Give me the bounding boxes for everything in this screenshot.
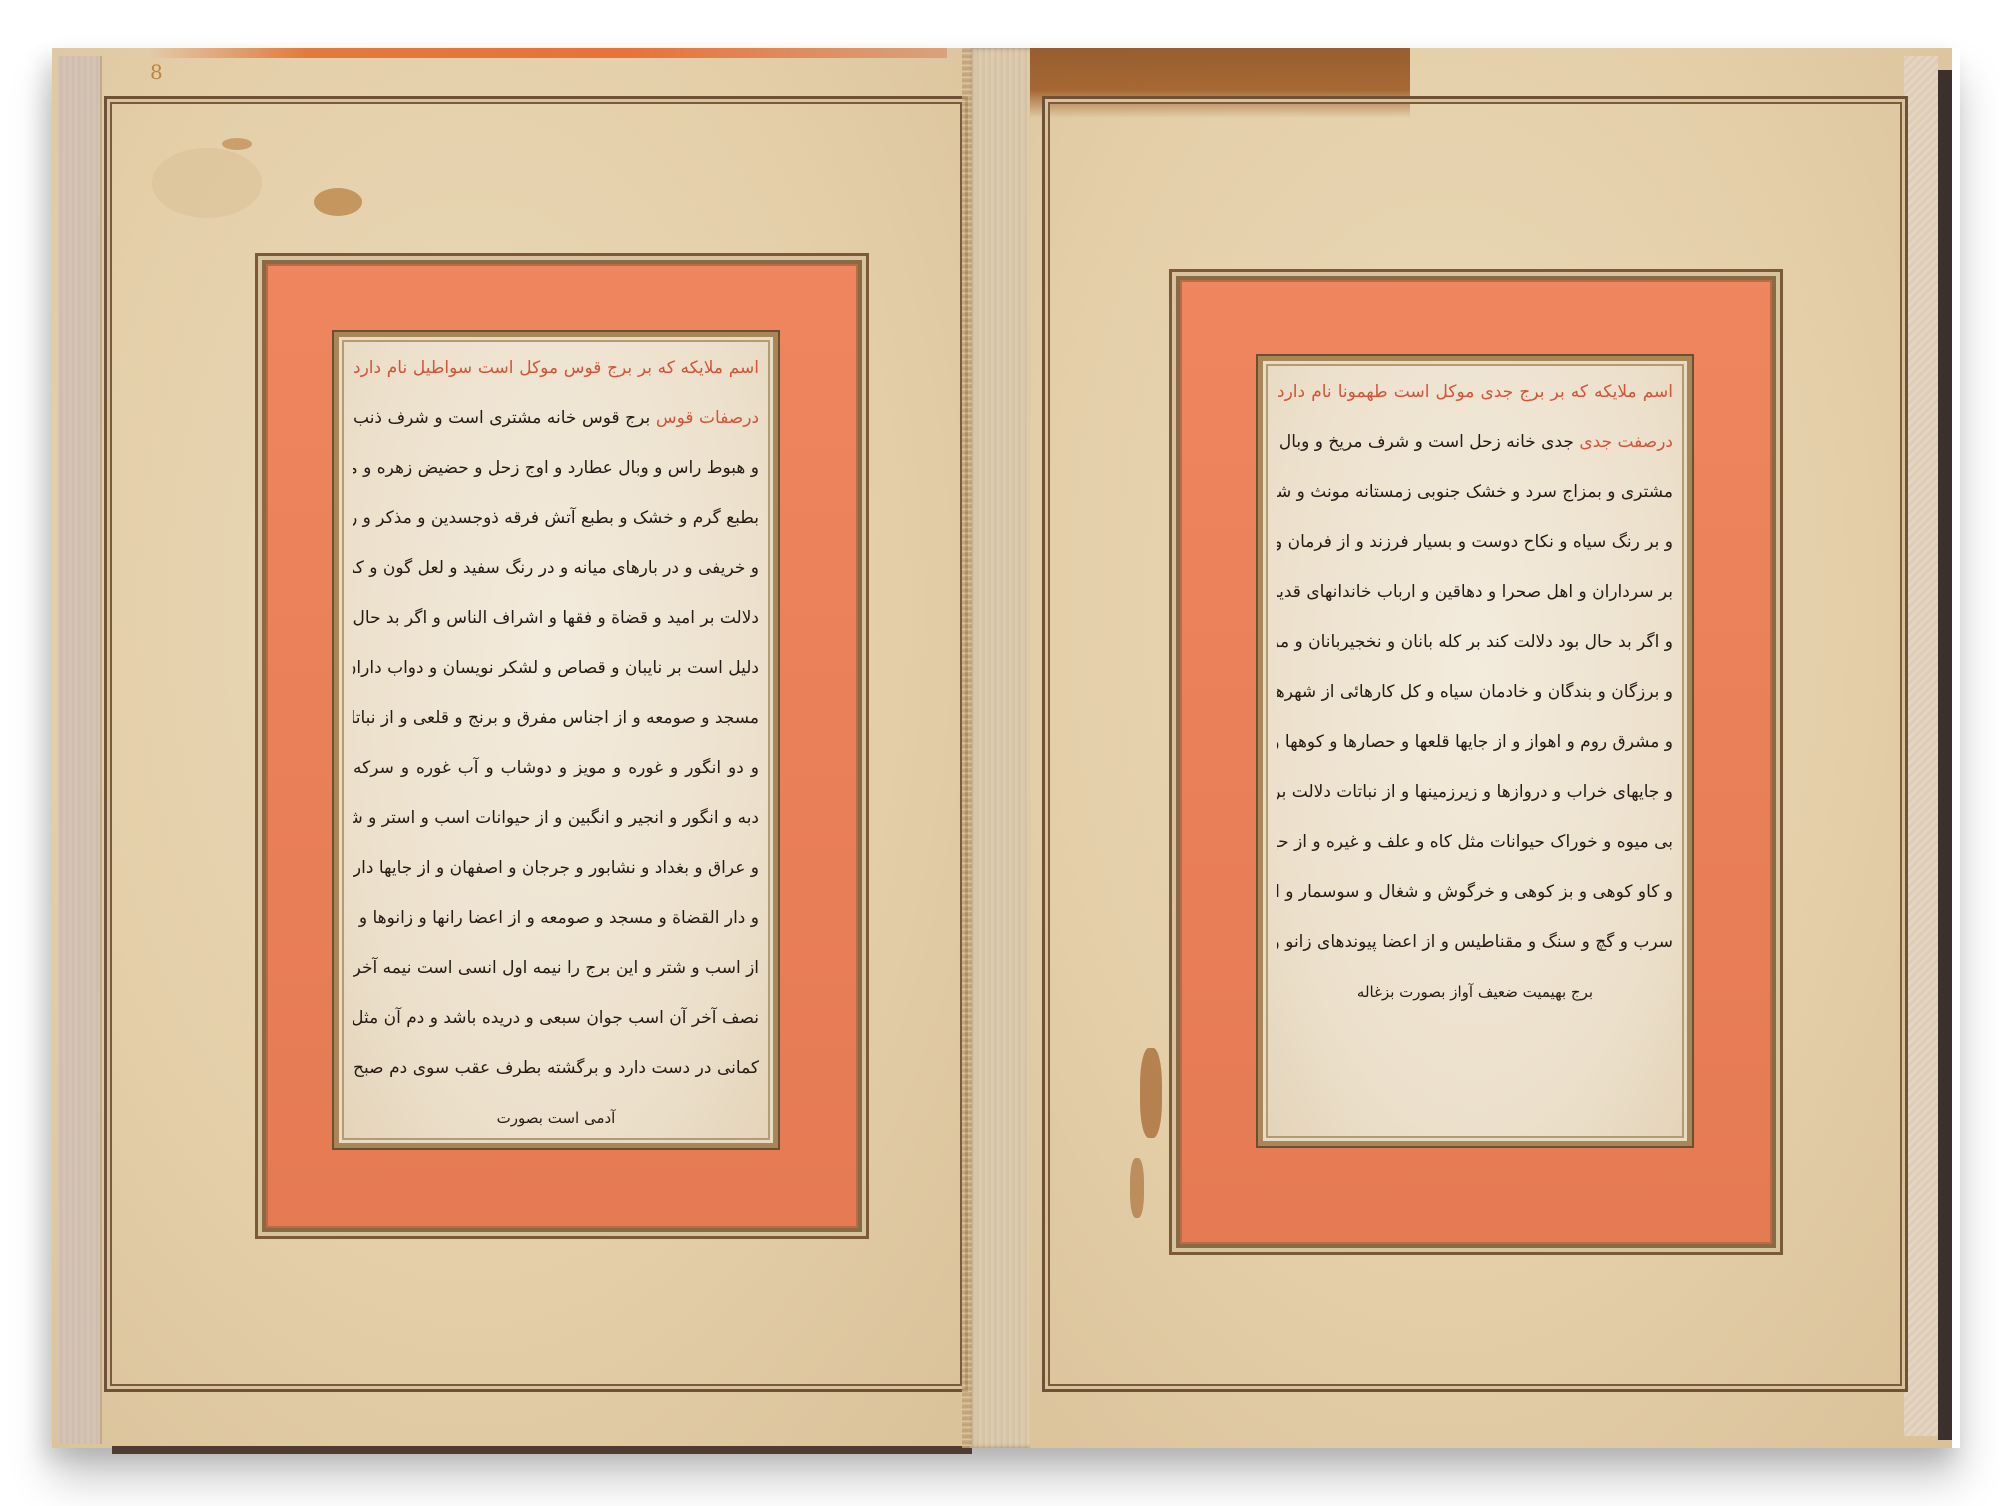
text-line: بطبع گرم و خشک و بطبع آتش فرقه ذوجسدین و… [353,505,759,531]
heading-red: اسم ملایکه که بر برج قوس موکل است سواطیل… [353,355,759,381]
text-line: و برزگان و بندگان و خادمان سیاه و کل کار… [1277,679,1673,705]
text-line: و کاو کوهی و بز کوهی و خرگوش و شغال و سو… [1277,879,1673,905]
text-line: و خریفی و در بارهای میانه و در رنگ سفید … [353,555,759,581]
text-line: و بر رنگ سیاه و نکاح دوست و بسیار فرزند … [1277,529,1673,555]
closing-line: برج بهیمیت ضعیف آواز بصورت بزغاله [1277,979,1673,1005]
ink-stain [222,138,252,150]
text-line: دلیل است بر نایبان و قصاص و لشکر نویسان … [353,655,759,681]
text-line: بی میوه و خوراک حیوانات مثل کاه و علف و … [1277,829,1673,855]
text-line: و هبوط راس و وبال عطارد و اوج زحل و حضیض… [353,455,759,481]
bottom-edge-cover [112,1446,972,1454]
water-stain [152,148,262,218]
left-page: 8 اسم ملایکه که بر برج قوس موکل است سواط… [52,48,982,1448]
text-line: و دو انگور و غوره و مویز و دوشاب و آب غو… [353,755,759,781]
text-line: درصفات قوس برج قوس خانه مشتری است و شرف … [353,405,759,431]
subheading-red: درصفت جدی [1579,432,1673,452]
text-line: از اسب و شتر و این برج را نیمه اول انسی … [353,955,759,981]
text-line: و جایهای خراب و دروازها و زیرزمینها و از… [1277,779,1673,805]
right-cloth-binding [1904,56,1938,1436]
text-line: مسجد و صومعه و از اجناس مفرق و برنج و قل… [353,705,759,731]
text-line: سرب و گچ و سنگ و مقناطیس و از اعضا پیوند… [1277,929,1673,955]
text-line: بر سرداران و اهل صحرا و دهاقین و ارباب خ… [1277,579,1673,605]
left-orange-mat: اسم ملایکه که بر برج قوس موکل است سواطیل… [262,260,862,1232]
top-edge-orange [147,48,947,58]
right-text-panel: اسم ملایکه که بر برج جدی موکل است طهمونا… [1258,356,1692,1146]
text-line: و اگر بد حال بود دلالت کند بر کله بانان … [1277,629,1673,655]
left-text-panel: اسم ملایکه که بر برج قوس موکل است سواطیل… [334,332,778,1148]
subheading-red: درصفات قوس [656,408,759,428]
text-line: و عراق و بغداد و نشابور و جرجان و اصفهان… [353,855,759,881]
left-cloth-binding [58,56,102,1444]
right-orange-mat: اسم ملایکه که بر برج جدی موکل است طهمونا… [1176,276,1776,1248]
closing-line: آدمی است بصورت [353,1105,759,1131]
text-line: و دار القضاة و مسجد و صومعه و از اعضا را… [353,905,759,931]
text-line: نصف آخر آن اسب جوان سبعی و دریده باشد و … [353,1005,759,1031]
heading-red: اسم ملایکه که بر برج جدی موکل است طهمونا… [1277,379,1673,405]
text-line: درصفت جدی جدی خانه زحل است و شرف مریخ و … [1277,429,1673,455]
text-line: دبه و انگور و انجیر و انگبین و از حیوانا… [353,805,759,831]
open-manuscript-album: 8 اسم ملایکه که بر برج قوس موکل است سواط… [52,48,1960,1448]
ink-stain [1130,1158,1144,1218]
text-line: و مشرق روم و اهواز و از جایها قلعها و حص… [1277,729,1673,755]
text-line: دلالت بر امید و قضاة و فقها و اشراف النا… [353,605,759,631]
text-line: مشتری و بمزاج سرد و خشک جنوبی زمستانه مو… [1277,479,1673,505]
ink-stain [1140,1048,1162,1138]
ink-stain [314,188,362,216]
text-line: کمانی در دست دارد و برگشته بطرف عقب سوی … [353,1055,759,1081]
frayed-cloth-edge [962,48,972,1448]
right-cover-edge [1938,70,1952,1440]
right-page: اسم ملایکه که بر برج جدی موکل است طهمونا… [1030,48,1952,1448]
corner-mark: 8 [150,60,163,84]
